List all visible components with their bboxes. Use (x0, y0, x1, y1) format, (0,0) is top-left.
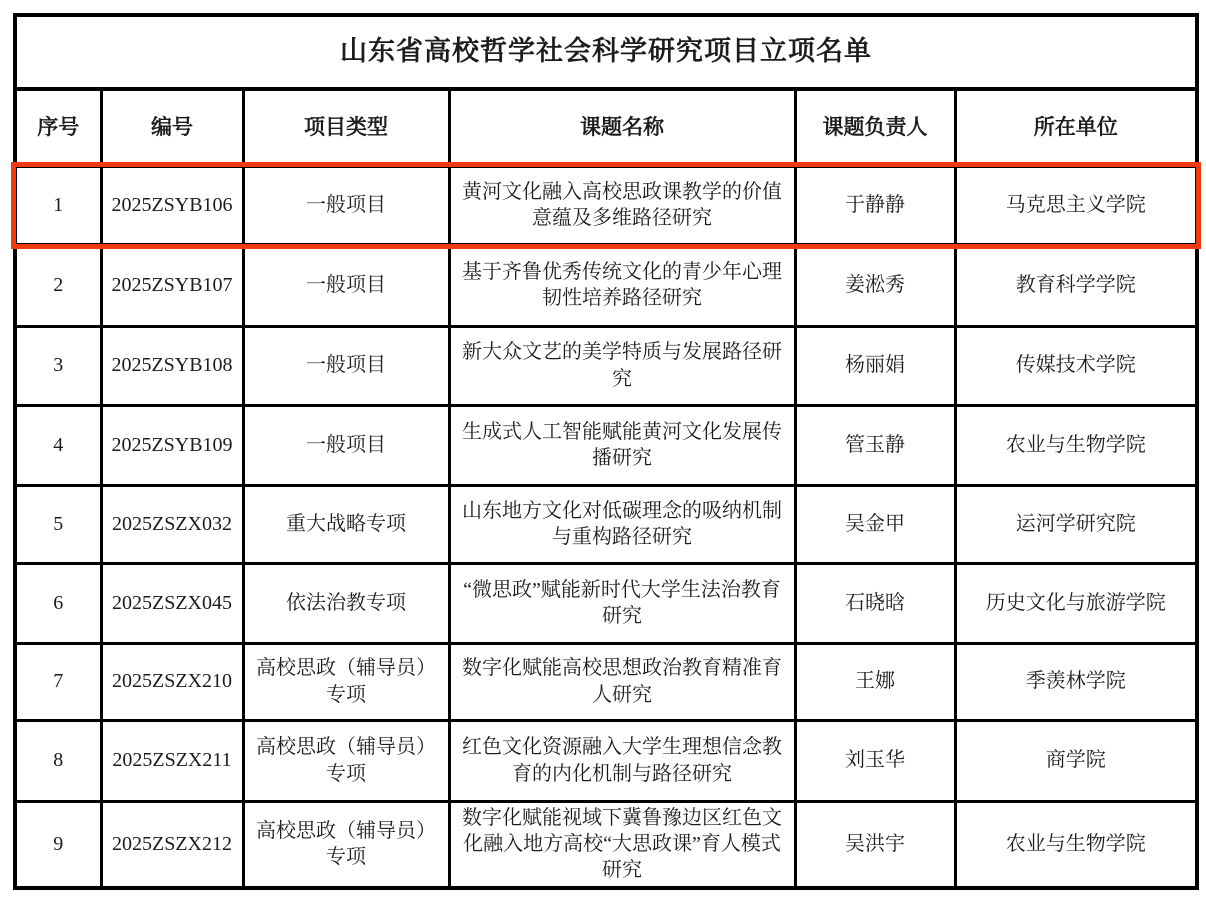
cell-code: 2025ZSYB108 (101, 326, 243, 405)
cell-index: 4 (15, 405, 101, 485)
cell-leader: 杨丽娟 (795, 326, 955, 405)
column-header-index: 序号 (15, 89, 101, 166)
cell-title: 基于齐鲁优秀传统文化的青少年心理韧性培养路径研究 (449, 244, 795, 326)
cell-title: 红色文化资源融入大学生理想信念教育的内化机制与路径研究 (449, 720, 795, 801)
cell-leader: 管玉静 (795, 405, 955, 485)
cell-unit: 传媒技术学院 (955, 326, 1197, 405)
column-header-unit: 所在单位 (955, 89, 1197, 166)
cell-title: 数字化赋能视域下冀鲁豫边区红色文化融入地方高校“大思政课”育人模式研究 (449, 801, 795, 888)
cell-code: 2025ZSYB107 (101, 244, 243, 326)
cell-title: “微思政”赋能新时代大学生法治教育研究 (449, 563, 795, 643)
cell-leader: 姜淞秀 (795, 244, 955, 326)
cell-code: 2025ZSZX212 (101, 801, 243, 888)
cell-unit: 商学院 (955, 720, 1197, 801)
cell-index: 3 (15, 326, 101, 405)
cell-type: 一般项目 (243, 405, 449, 485)
table-row: 62025ZSZX045依法治教专项“微思政”赋能新时代大学生法治教育研究石晓晗… (15, 563, 1197, 643)
cell-index: 8 (15, 720, 101, 801)
column-header-title: 课题名称 (449, 89, 795, 166)
table-row: 92025ZSZX212高校思政（辅导员）专项数字化赋能视域下冀鲁豫边区红色文化… (15, 801, 1197, 888)
cell-title: 数字化赋能高校思想政治教育精准育人研究 (449, 643, 795, 720)
cell-type: 一般项目 (243, 326, 449, 405)
document-page: 山东省高校哲学社会科学研究项目立项名单 序号编号项目类型课题名称课题负责人所在单… (13, 13, 1199, 890)
cell-leader: 于静静 (795, 166, 955, 244)
page-title: 山东省高校哲学社会科学研究项目立项名单 (15, 15, 1197, 89)
column-header-leader: 课题负责人 (795, 89, 955, 166)
projects-table: 山东省高校哲学社会科学研究项目立项名单 序号编号项目类型课题名称课题负责人所在单… (13, 13, 1199, 890)
cell-unit: 农业与生物学院 (955, 405, 1197, 485)
cell-title: 生成式人工智能赋能黄河文化发展传播研究 (449, 405, 795, 485)
cell-unit: 教育科学学院 (955, 244, 1197, 326)
cell-index: 5 (15, 485, 101, 563)
cell-type: 高校思政（辅导员）专项 (243, 643, 449, 720)
cell-type: 高校思政（辅导员）专项 (243, 801, 449, 888)
table-row: 12025ZSYB106一般项目黄河文化融入高校思政课教学的价值意蕴及多维路径研… (15, 166, 1197, 244)
table-row: 72025ZSZX210高校思政（辅导员）专项数字化赋能高校思想政治教育精准育人… (15, 643, 1197, 720)
cell-type: 一般项目 (243, 166, 449, 244)
cell-code: 2025ZSZX210 (101, 643, 243, 720)
cell-index: 2 (15, 244, 101, 326)
cell-index: 1 (15, 166, 101, 244)
cell-title: 黄河文化融入高校思政课教学的价值意蕴及多维路径研究 (449, 166, 795, 244)
cell-code: 2025ZSZX032 (101, 485, 243, 563)
cell-leader: 吴金甲 (795, 485, 955, 563)
cell-index: 6 (15, 563, 101, 643)
cell-unit: 历史文化与旅游学院 (955, 563, 1197, 643)
table-row: 22025ZSYB107一般项目基于齐鲁优秀传统文化的青少年心理韧性培养路径研究… (15, 244, 1197, 326)
cell-index: 7 (15, 643, 101, 720)
table-row: 42025ZSYB109一般项目生成式人工智能赋能黄河文化发展传播研究管玉静农业… (15, 405, 1197, 485)
cell-type: 依法治教专项 (243, 563, 449, 643)
cell-unit: 农业与生物学院 (955, 801, 1197, 888)
cell-leader: 吴洪宇 (795, 801, 955, 888)
cell-leader: 王娜 (795, 643, 955, 720)
table-header-row: 序号编号项目类型课题名称课题负责人所在单位 (15, 89, 1197, 166)
column-header-type: 项目类型 (243, 89, 449, 166)
cell-leader: 刘玉华 (795, 720, 955, 801)
cell-leader: 石晓晗 (795, 563, 955, 643)
table-title-row: 山东省高校哲学社会科学研究项目立项名单 (15, 15, 1197, 89)
cell-type: 高校思政（辅导员）专项 (243, 720, 449, 801)
cell-title: 新大众文艺的美学特质与发展路径研究 (449, 326, 795, 405)
cell-index: 9 (15, 801, 101, 888)
cell-unit: 马克思主义学院 (955, 166, 1197, 244)
table-row: 52025ZSZX032重大战略专项山东地方文化对低碳理念的吸纳机制与重构路径研… (15, 485, 1197, 563)
cell-code: 2025ZSYB106 (101, 166, 243, 244)
table-row: 82025ZSZX211高校思政（辅导员）专项红色文化资源融入大学生理想信念教育… (15, 720, 1197, 801)
cell-title: 山东地方文化对低碳理念的吸纳机制与重构路径研究 (449, 485, 795, 563)
column-header-code: 编号 (101, 89, 243, 166)
table-row: 32025ZSYB108一般项目新大众文艺的美学特质与发展路径研究杨丽娟传媒技术… (15, 326, 1197, 405)
cell-code: 2025ZSZX211 (101, 720, 243, 801)
cell-type: 一般项目 (243, 244, 449, 326)
cell-type: 重大战略专项 (243, 485, 449, 563)
cell-unit: 运河学研究院 (955, 485, 1197, 563)
cell-code: 2025ZSZX045 (101, 563, 243, 643)
cell-unit: 季羡林学院 (955, 643, 1197, 720)
cell-code: 2025ZSYB109 (101, 405, 243, 485)
